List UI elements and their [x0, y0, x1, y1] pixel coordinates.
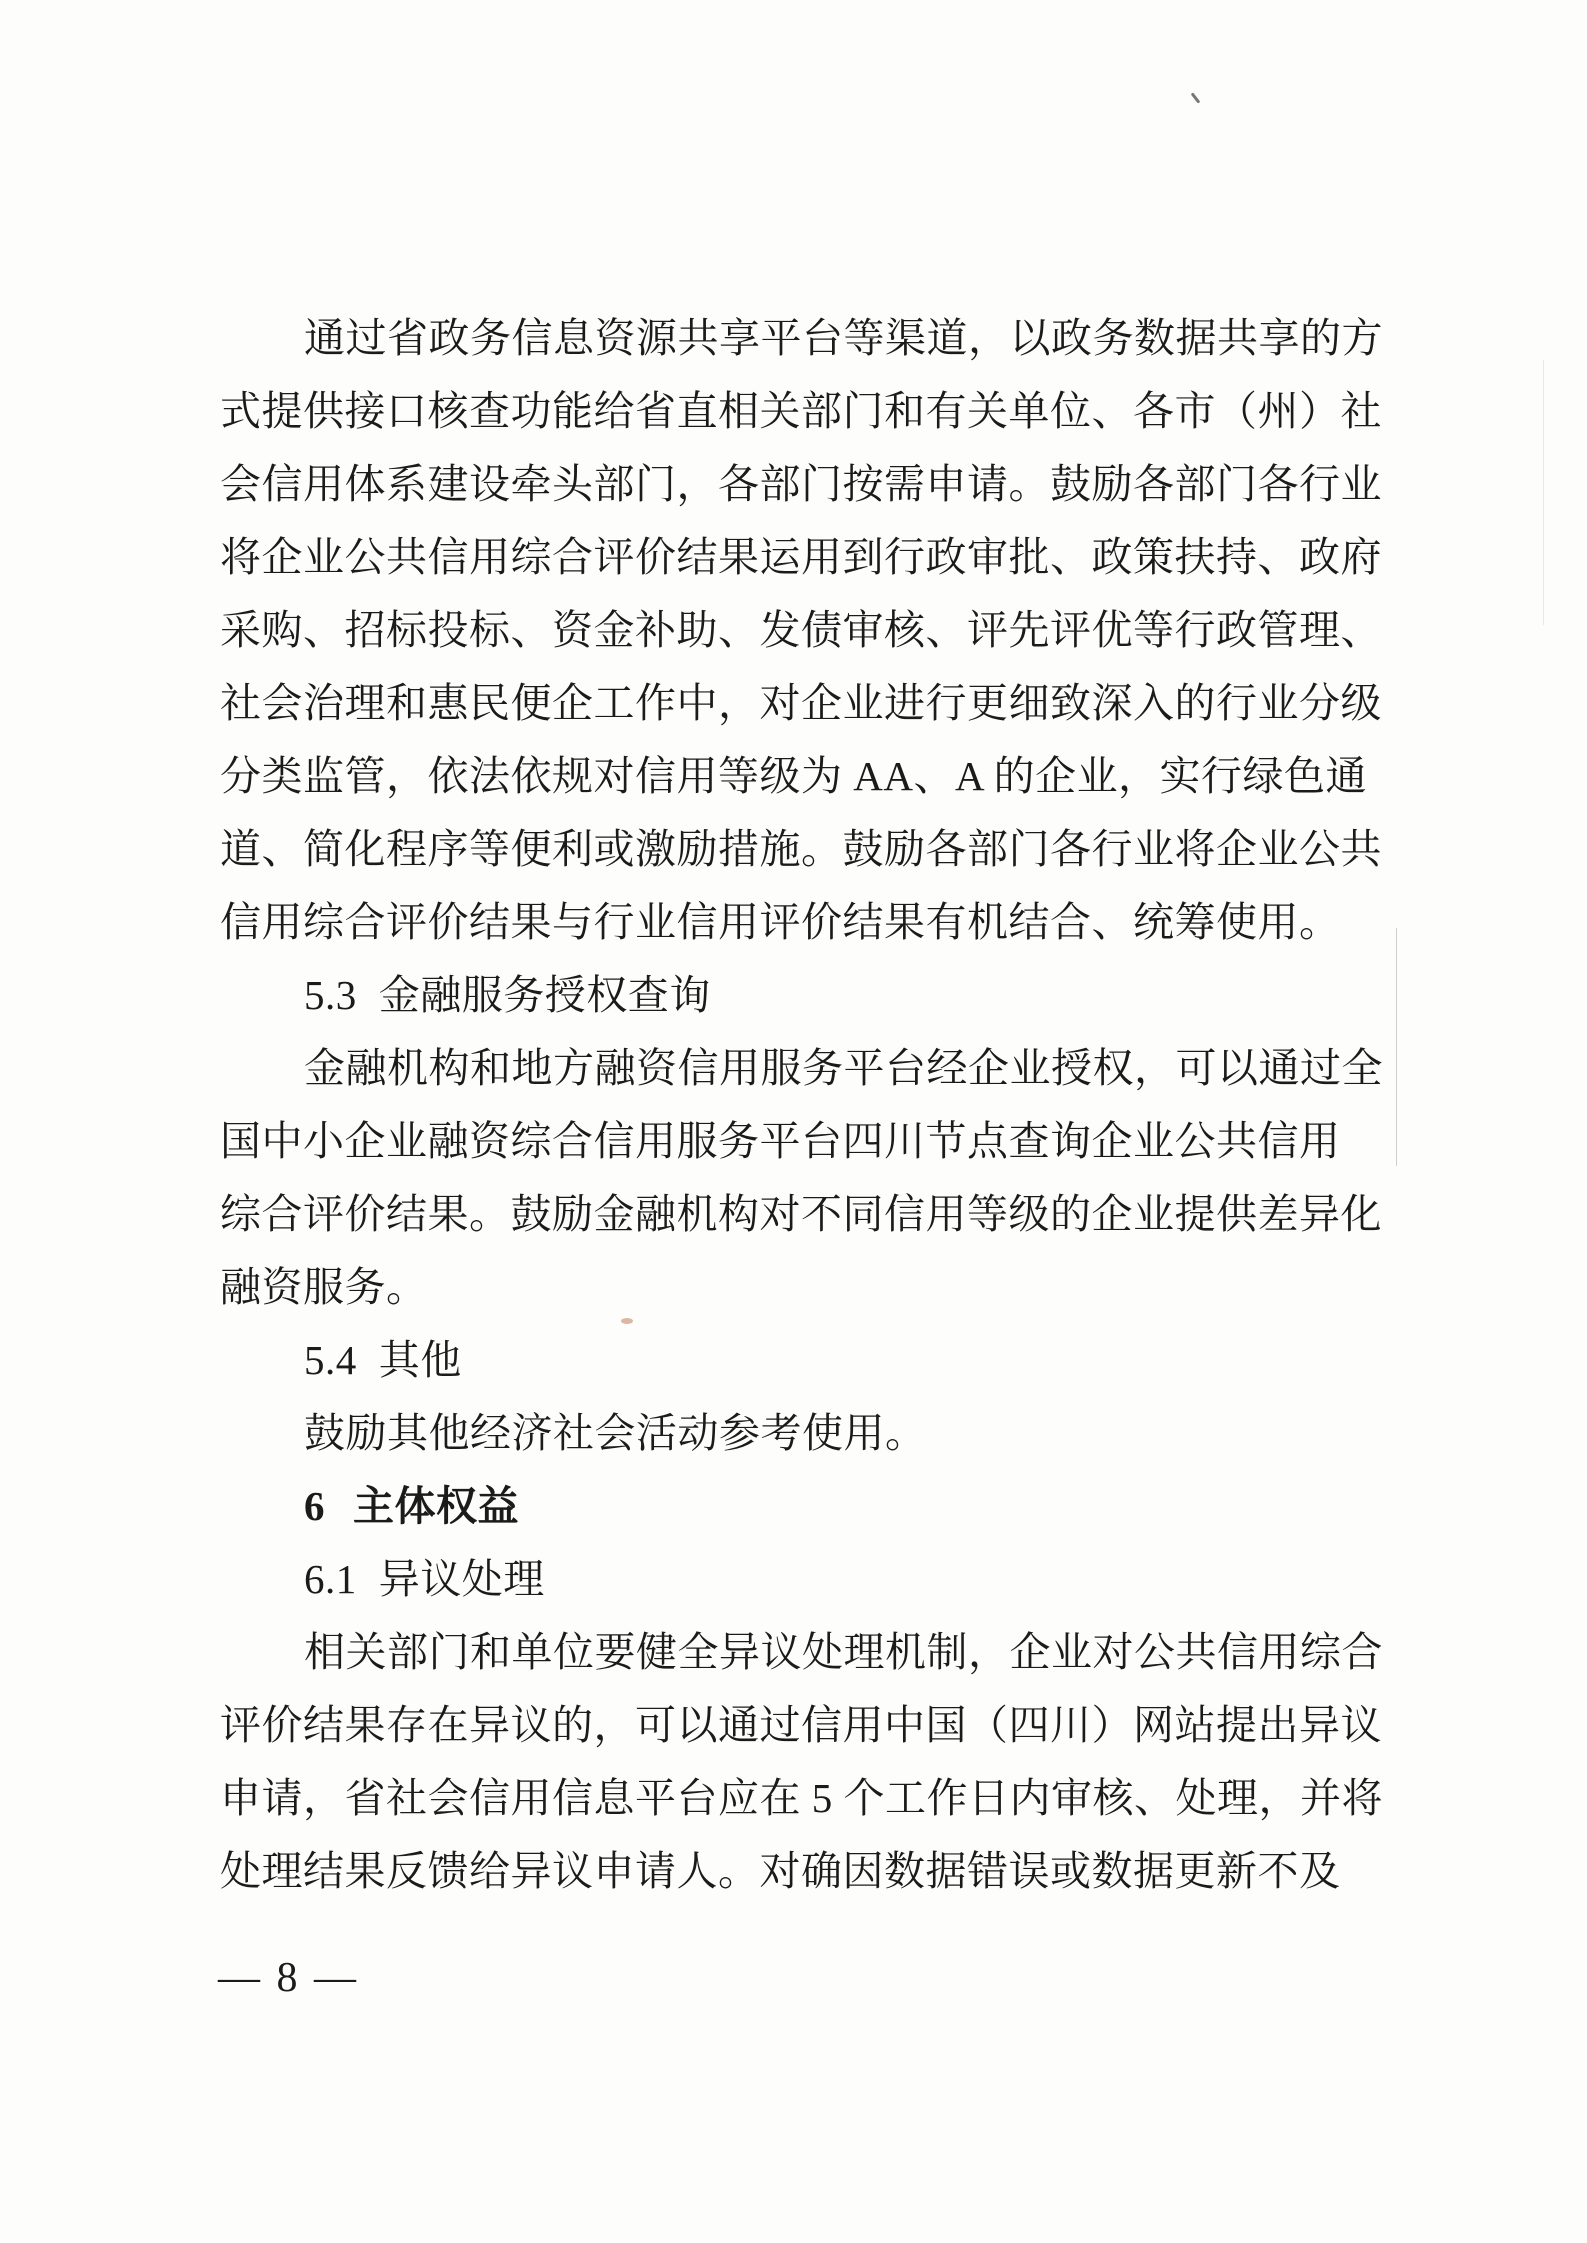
text-line: 通过省政务信息资源共享平台等渠道，以政务数据共享的方 — [220, 302, 1370, 375]
text-line: 采购、招标投标、资金补助、发债审核、评先评优等行政管理、 — [220, 594, 1370, 667]
text-line: 申请，省社会信用信息平台应在 5 个工作日内审核、处理，并将 — [220, 1762, 1370, 1835]
heading-title: 其他 — [379, 1337, 462, 1383]
heading-title: 金融服务授权查询 — [379, 972, 711, 1018]
text-line: 国中小企业融资综合信用服务平台四川节点查询企业公共信用 — [220, 1105, 1370, 1178]
text-line: 社会治理和惠民便企工作中，对企业进行更细致深入的行业分级 — [220, 667, 1370, 740]
text-line: 评价结果存在异议的，可以通过信用中国（四川）网站提出异议 — [220, 1689, 1370, 1762]
text-line: 金融机构和地方融资信用服务平台经企业授权，可以通过全 — [220, 1032, 1370, 1105]
text-line: 式提供接口核查功能给省直相关部门和有关单位、各市（州）社 — [220, 375, 1370, 448]
section-heading: 6主体权益 — [220, 1470, 1370, 1543]
text-line: 相关部门和单位要健全异议处理机制，企业对公共信用综合 — [220, 1616, 1370, 1689]
document-body-text: 通过省政务信息资源共享平台等渠道，以政务数据共享的方式提供接口核查功能给省直相关… — [220, 302, 1370, 1908]
section-heading: 6.1异议处理 — [220, 1543, 1370, 1616]
heading-title: 主体权益 — [353, 1483, 519, 1529]
scanned-document-page: 通过省政务信息资源共享平台等渠道，以政务数据共享的方式提供接口核查功能给省直相关… — [0, 0, 1587, 2243]
text-line: 处理结果反馈给异议申请人。对确因数据错误或数据更新不及 — [220, 1835, 1370, 1908]
heading-number: 6 — [304, 1483, 325, 1529]
section-heading: 5.4其他 — [220, 1324, 1370, 1397]
scan-line-artifact — [1543, 360, 1544, 625]
scan-line-artifact — [1396, 928, 1397, 1166]
scan-speck-tick — [1191, 92, 1201, 103]
text-line: 融资服务。 — [220, 1251, 1370, 1324]
text-line: 将企业公共信用综合评价结果运用到行政审批、政策扶持、政府 — [220, 521, 1370, 594]
page-number-footer: — 8 — — [218, 1942, 359, 2015]
text-line: 会信用体系建设牵头部门，各部门按需申请。鼓励各部门各行业 — [220, 448, 1370, 521]
text-line: 分类监管，依法依规对信用等级为 AA、A 的企业，实行绿色通 — [220, 740, 1370, 813]
heading-number: 5.4 — [304, 1337, 357, 1383]
heading-number: 5.3 — [304, 972, 357, 1018]
heading-number: 6.1 — [304, 1556, 357, 1602]
text-line: 信用综合评价结果与行业信用评价结果有机结合、统筹使用。 — [220, 886, 1370, 959]
text-line: 综合评价结果。鼓励金融机构对不同信用等级的企业提供差异化 — [220, 1178, 1370, 1251]
text-line: 道、简化程序等便利或激励措施。鼓励各部门各行业将企业公共 — [220, 813, 1370, 886]
section-heading: 5.3金融服务授权查询 — [220, 959, 1370, 1032]
text-line: 鼓励其他经济社会活动参考使用。 — [220, 1397, 1370, 1470]
heading-title: 异议处理 — [379, 1556, 545, 1602]
